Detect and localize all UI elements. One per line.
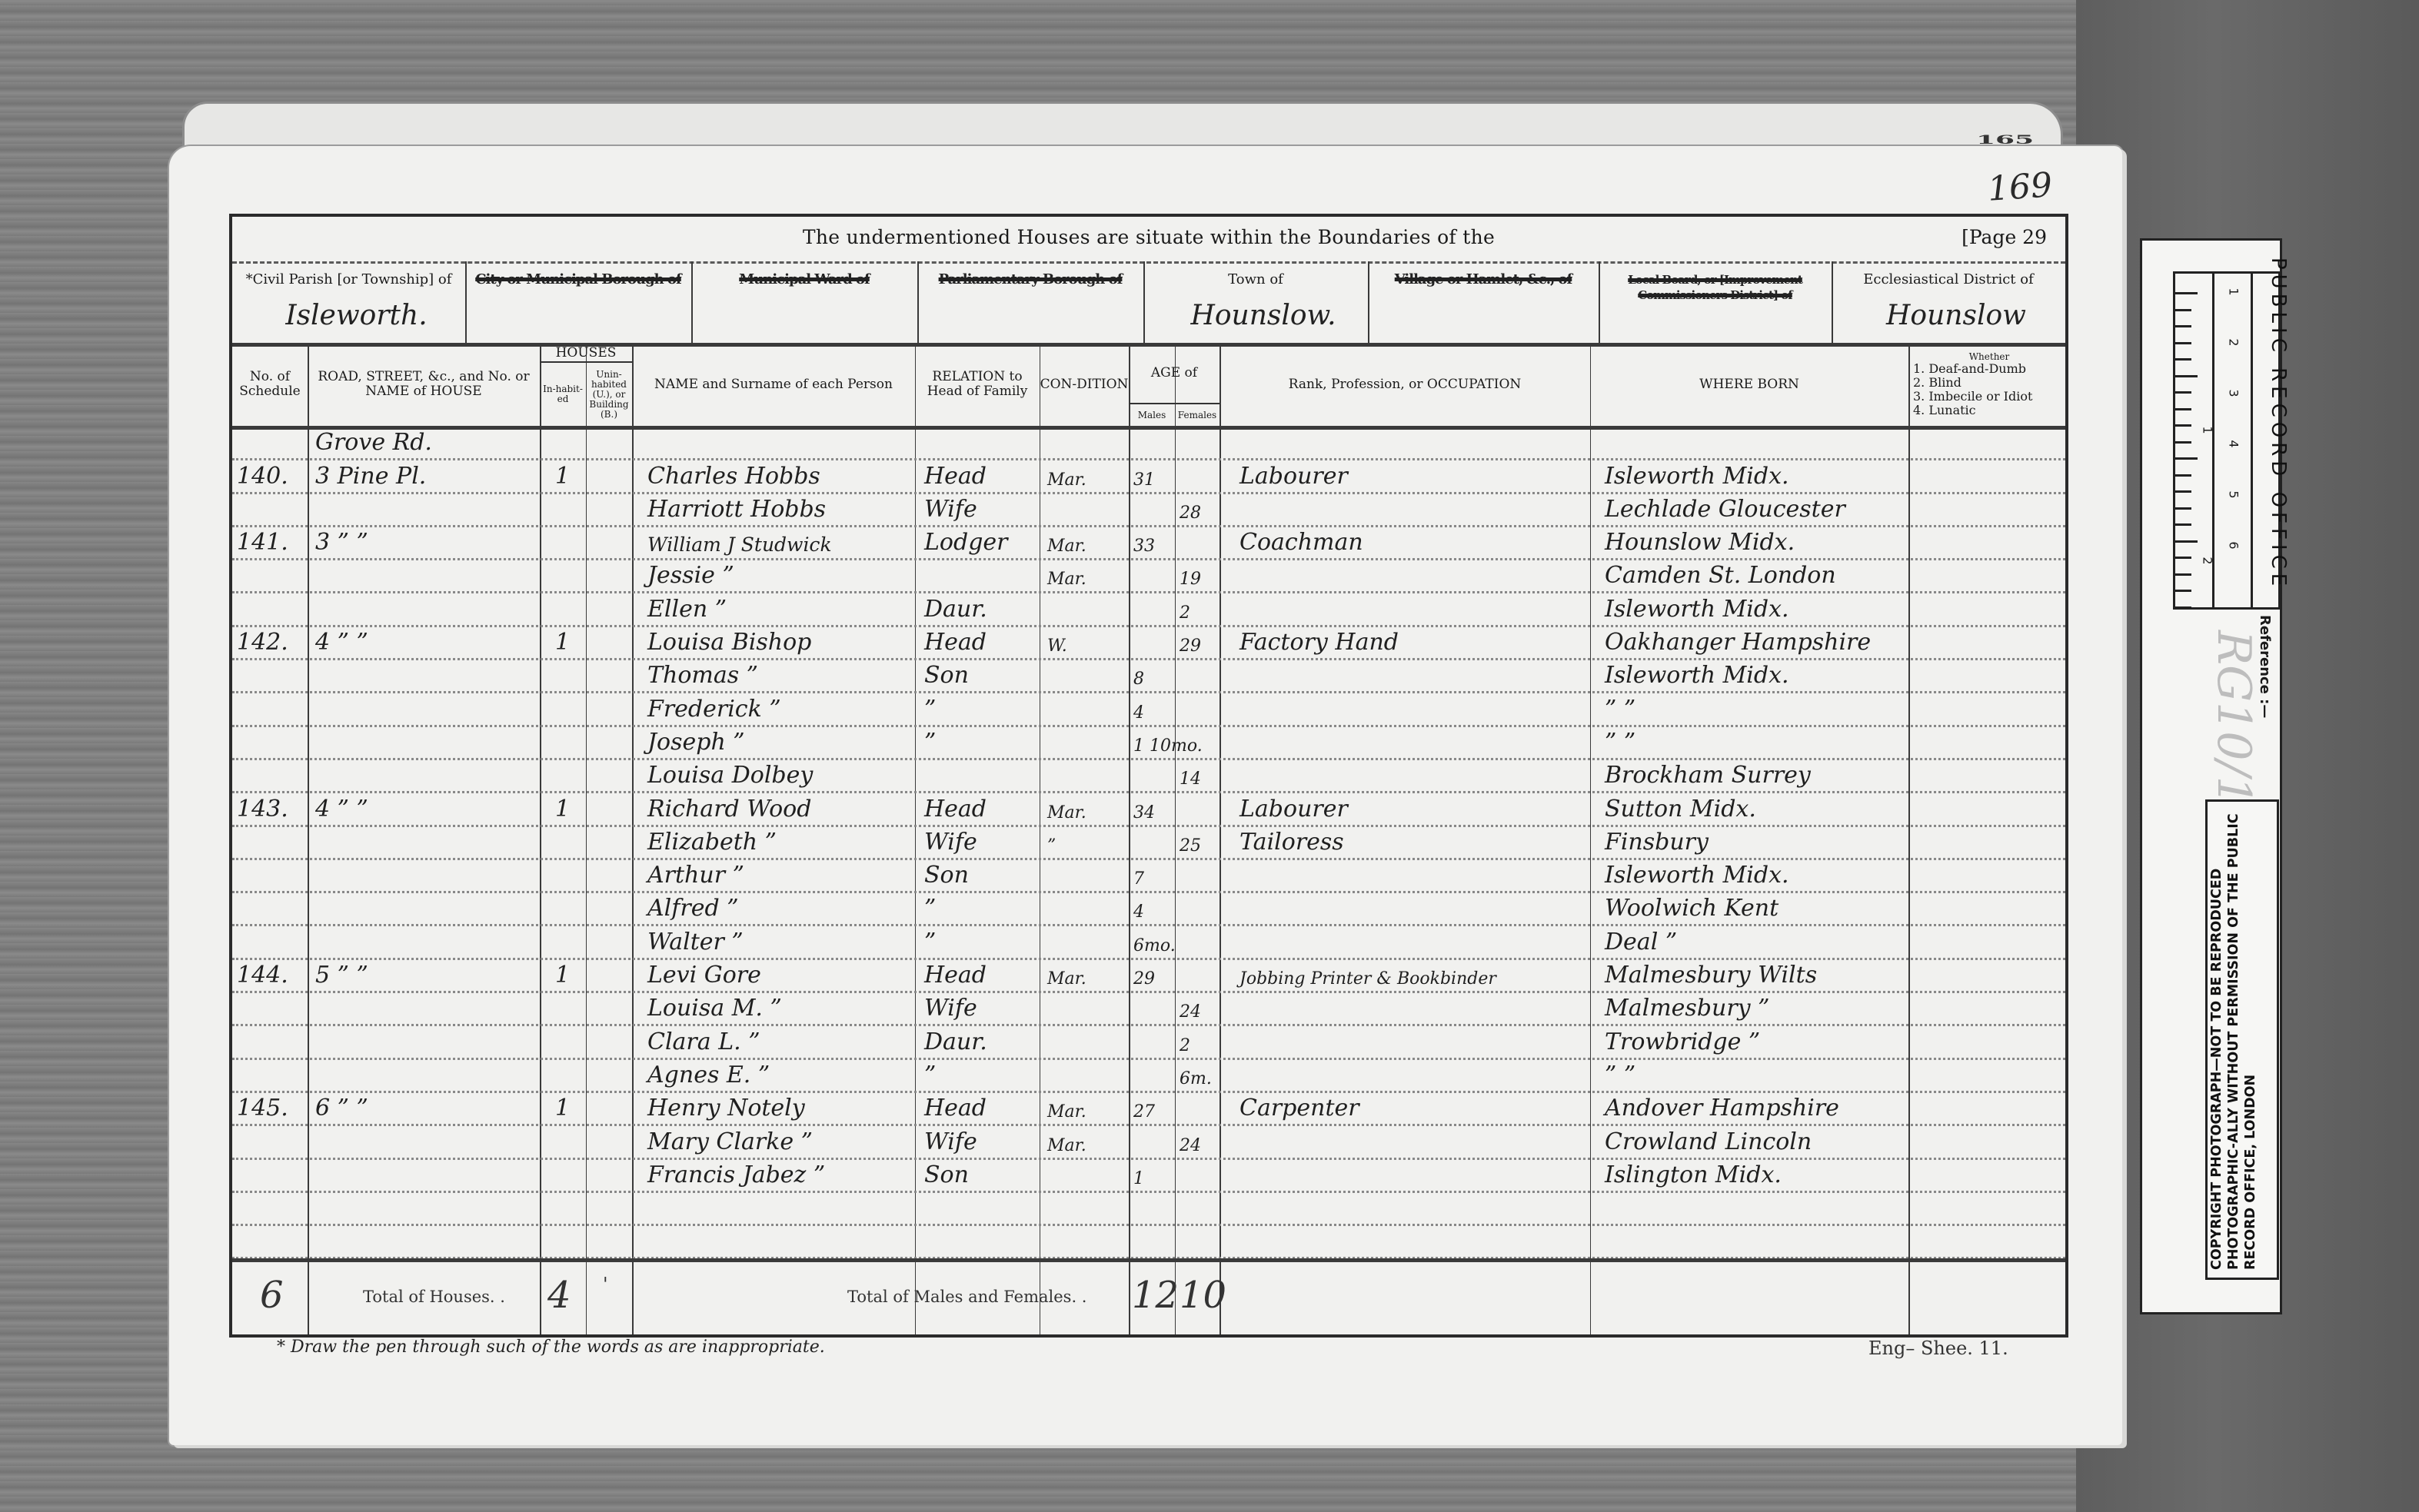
cell-condition: Mar. <box>1047 803 1086 822</box>
cell-condition: Mar. <box>1047 1102 1086 1122</box>
cell-where-born: Brockham Surrey <box>1605 762 1811 789</box>
cell-name: Charles Hobbs <box>647 463 820 490</box>
cell-name: Elizabeth ” <box>647 829 777 856</box>
table-row: Frederick ””4” ” <box>232 692 2065 725</box>
census-form: The undermentioned Houses are situate wi… <box>229 214 2068 1338</box>
cell-male-age: 29 <box>1133 969 1155 989</box>
cell-relation: Wife <box>924 496 977 523</box>
cell-road: Grove Rd. <box>315 429 432 456</box>
total-persons-label: Total of Males and Females. . <box>847 1288 1086 1306</box>
cell-relation: Wife <box>924 829 977 856</box>
cell-schedule: 140. <box>237 463 288 490</box>
cell-road: 6 ” ” <box>315 1095 368 1122</box>
cell-relation: ” <box>924 729 936 756</box>
table-row: 145.6 ” ”1Henry NotelyHeadMar.27Carpente… <box>232 1092 2065 1125</box>
table-row: Harriott HobbsWife28Lechlade Gloucester <box>232 493 2065 526</box>
cell-relation: ” <box>924 895 936 922</box>
cell-female-age: 2 <box>1180 1036 1190 1055</box>
boundary-village-hamlet: Village or Hamlet, &c., of <box>1368 261 1599 343</box>
cell-road: 5 ” ” <box>315 962 368 989</box>
cell-where-born: Isleworth Midx. <box>1605 662 1789 689</box>
cell-inhabited: 1 <box>555 1095 570 1122</box>
cell-occupation: Tailoress <box>1239 829 1344 856</box>
total-females: 10 <box>1180 1274 1226 1317</box>
cell-female-age: 2 <box>1180 603 1190 623</box>
cell-name: Thomas ” <box>647 662 758 689</box>
header-condition: CON-DITION <box>1040 343 1129 426</box>
header-age: AGE of <box>1129 343 1219 403</box>
cell-where-born: Crowland Lincoln <box>1605 1128 1812 1155</box>
ruler-tick <box>2174 523 2191 526</box>
cell-relation: Lodger <box>924 529 1008 556</box>
cell-name: Harriott Hobbs <box>647 496 826 523</box>
ruler-tick <box>2174 507 2191 510</box>
cell-inhabited: 1 <box>555 463 570 490</box>
cell-inhabited: 1 <box>555 796 570 822</box>
cell-schedule: 143. <box>237 796 288 822</box>
cell-relation: ” <box>924 1062 936 1088</box>
boundary-local-board: Local Board, or [Improvement Commissione… <box>1599 261 1832 343</box>
cell-inhabited: 1 <box>555 629 570 656</box>
table-row: Thomas ”Son8Isleworth Midx. <box>232 659 2065 692</box>
cell-where-born: ” ” <box>1605 1062 1635 1088</box>
cell-schedule: 141. <box>237 529 288 556</box>
cell-condition: Mar. <box>1047 537 1086 556</box>
cell-relation: ” <box>924 696 936 723</box>
cell-female-age: 28 <box>1180 503 1201 523</box>
table-row: Walter ””6mo.Deal ” <box>232 925 2065 959</box>
boundaries-row: *Civil Parish [or Township] of Isleworth… <box>232 261 2065 343</box>
cell-name: Louisa M. ” <box>647 995 782 1022</box>
footnote: * Draw the pen through such of the words… <box>277 1338 825 1357</box>
pro-title: PUBLIC RECORD OFFICE <box>2267 258 2290 590</box>
cell-male-age: 1 10mo. <box>1133 736 1203 756</box>
cell-where-born: Isleworth Midx. <box>1605 463 1789 490</box>
cell-female-age: 6m. <box>1180 1069 1212 1088</box>
cell-relation: Daur. <box>924 1028 987 1055</box>
boundary-town: Town of Hounslow. <box>1143 261 1368 343</box>
cell-where-born: ” ” <box>1605 729 1635 756</box>
cell-relation: Son <box>924 662 969 689</box>
ruler-tick <box>2174 424 2191 427</box>
total-houses-uninhabited: ' <box>603 1274 608 1295</box>
cell-name: Joseph ” <box>647 729 745 756</box>
cell-where-born: ” ” <box>1605 696 1635 723</box>
cell-relation: Son <box>924 862 969 889</box>
ruler-number: 2 <box>2227 338 2241 346</box>
folio-printed: 165 <box>1976 132 2034 147</box>
cell-name: Henry Notely <box>647 1095 805 1122</box>
cell-male-age: 31 <box>1133 470 1155 490</box>
ruler-number: 4 <box>2227 440 2241 447</box>
cell-male-age: 34 <box>1133 803 1155 822</box>
cell-schedule: 145. <box>237 1095 288 1122</box>
cell-occupation: Factory Hand <box>1239 629 1399 656</box>
cell-female-age: 24 <box>1180 1136 1201 1155</box>
cell-occupation: Coachman <box>1239 529 1363 556</box>
cell-condition: ” <box>1047 836 1056 856</box>
cell-relation: Head <box>924 1095 987 1122</box>
table-row: 143.4 ” ”1Richard WoodHeadMar.34Labourer… <box>232 792 2065 825</box>
cell-occupation: Labourer <box>1239 463 1348 490</box>
header-uninhabited: Unin-habited (U.), or Building (B.) <box>586 363 632 426</box>
cell-where-born: Hounslow Midx. <box>1605 529 1795 556</box>
cell-where-born: Oakhanger Hampshire <box>1605 629 1871 656</box>
sheet-code: Eng– Shee. 11. <box>1868 1338 2008 1359</box>
copyright-notice: COPYRIGHT PHOTOGRAPH—NOT TO BE REPRODUCE… <box>2208 809 2259 1270</box>
ruler-tick <box>2174 490 2191 493</box>
ruler-number: 3 <box>2227 389 2241 397</box>
cell-male-age: 1 <box>1133 1169 1144 1188</box>
ruler-tick <box>2174 292 2198 294</box>
cell-occupation: Carpenter <box>1239 1095 1359 1122</box>
form-title: The undermentioned Houses are situate wi… <box>232 226 2065 248</box>
cell-female-age: 29 <box>1180 636 1201 656</box>
boundary-value: Hounslow. <box>1166 300 1360 331</box>
boundary-municipal-ward: Municipal Ward of <box>691 261 917 343</box>
header-where-born: WHERE BORN <box>1590 343 1908 426</box>
cell-name: Jessie ” <box>647 562 734 589</box>
cell-relation: Head <box>924 796 987 822</box>
cell-relation: Wife <box>924 995 977 1022</box>
cell-male-age: 7 <box>1133 869 1144 889</box>
header-infirmity: Whether 1. Deaf-and-Dumb 2. Blind 3. Imb… <box>1908 343 2065 426</box>
cell-female-age: 14 <box>1180 769 1201 789</box>
cell-name: Arthur ” <box>647 862 744 889</box>
table-row: Louisa Dolbey14Brockham Surrey <box>232 759 2065 792</box>
boundary-value: Isleworth. <box>255 300 458 331</box>
ruler-tick <box>2174 606 2191 609</box>
total-houses-inhabited: 4 <box>547 1274 571 1317</box>
cell-road: 4 ” ” <box>315 796 368 822</box>
header-males: Males <box>1129 403 1175 426</box>
ruler-tick <box>2174 358 2191 361</box>
cell-occupation: Labourer <box>1239 796 1348 822</box>
boundary-ecclesiastical-district: Ecclesiastical District of Hounslow <box>1832 261 2065 343</box>
header-houses: HOUSES <box>540 343 632 363</box>
table-row: Francis Jabez ”Son1Islington Midx. <box>232 1158 2065 1191</box>
cell-schedule: 142. <box>237 629 288 656</box>
cell-where-born: Camden St. London <box>1605 562 1836 589</box>
table-row: 140.3 Pine Pl.1Charles HobbsHeadMar.31La… <box>232 459 2065 492</box>
ruler-tick <box>2174 325 2191 327</box>
boundary-parliamentary-borough: Parliamentary Borough of <box>917 261 1143 343</box>
ruler-number: 5 <box>2227 490 2241 498</box>
cell-schedule: 144. <box>237 962 288 989</box>
cell-relation: Head <box>924 463 987 490</box>
cell-road: 4 ” ” <box>315 629 368 656</box>
cell-male-age: 33 <box>1133 537 1155 556</box>
table-row: Jessie ”Mar.19Camden St. London <box>232 559 2065 592</box>
cell-name: Louisa Dolbey <box>647 762 813 789</box>
table-row: Louisa M. ”Wife24Malmesbury ” <box>232 992 2065 1025</box>
ruler-number: 1 <box>2227 287 2241 295</box>
cell-female-age: 19 <box>1180 570 1201 589</box>
cell-where-born: Deal ” <box>1605 929 1677 955</box>
cell-road: 3 Pine Pl. <box>315 463 426 490</box>
cell-name: Alfred ” <box>647 895 739 922</box>
table-row: Joseph ””1 10mo.” ” <box>232 726 2065 759</box>
total-houses-label: Total of Houses. . <box>363 1288 505 1306</box>
header-inhabited: In-habit-ed <box>540 363 586 426</box>
cell-name: Agnes E. ” <box>647 1062 770 1088</box>
cell-name: William J Studwick <box>647 533 832 556</box>
ruler-tick <box>2174 375 2198 377</box>
header-females: Females <box>1175 403 1219 426</box>
ruler-tick <box>2174 590 2191 592</box>
table-row: 144.5 ” ”1Levi GoreHeadMar.29Jobbing Pri… <box>232 959 2065 992</box>
cell-female-age: 25 <box>1180 836 1201 856</box>
cell-condition: Mar. <box>1047 570 1086 589</box>
cell-occupation: Jobbing Printer & Bookbinder <box>1239 969 1496 989</box>
cell-name: Ellen ” <box>647 596 727 623</box>
cell-name: Francis Jabez ” <box>647 1161 825 1188</box>
cell-name: Richard Wood <box>647 796 811 822</box>
boundary-municipal-borough: City or Municipal Borough of <box>465 261 691 343</box>
cell-where-born: Lechlade Gloucester <box>1605 496 1845 523</box>
cell-condition: W. <box>1047 636 1067 656</box>
header-schedule: No. of Schedule <box>232 343 308 426</box>
cell-where-born: Finsbury <box>1605 829 1709 856</box>
divider <box>2251 274 2253 607</box>
header-name: NAME and Surname of each Person <box>632 343 915 426</box>
table-row: Agnes E. ””6m.” ” <box>232 1058 2065 1092</box>
cell-male-age: 4 <box>1133 703 1144 723</box>
cell-relation: Son <box>924 1161 969 1188</box>
cell-relation: Head <box>924 962 987 989</box>
cell-name: Frederick ” <box>647 696 781 723</box>
cell-relation: ” <box>924 929 936 955</box>
ruler-tick <box>2174 557 2191 559</box>
cell-where-born: Trowbridge ” <box>1605 1028 1760 1055</box>
table-row <box>232 1225 2065 1258</box>
total-males: 12 <box>1132 1274 1179 1317</box>
table-row: Ellen ”Daur.2Isleworth Midx. <box>232 593 2065 626</box>
ruler-tick <box>2174 309 2191 311</box>
folio-handwritten: 169 <box>1986 165 2053 209</box>
ruler-tick <box>2174 457 2198 460</box>
cell-female-age: 24 <box>1180 1002 1201 1022</box>
cell-name: Mary Clarke ” <box>647 1128 813 1155</box>
cell-inhabited: 1 <box>555 962 570 989</box>
boundary-civil-parish: *Civil Parish [or Township] of Isleworth… <box>232 261 465 343</box>
ruler-tick <box>2174 441 2191 444</box>
total-schedules: 6 <box>260 1274 284 1317</box>
cell-condition: Mar. <box>1047 470 1086 490</box>
cell-relation: Head <box>924 629 987 656</box>
cell-where-born: Woolwich Kent <box>1605 895 1778 922</box>
cell-name: Clara L. ” <box>647 1028 760 1055</box>
header-road: ROAD, STREET, &c., and No. or NAME of HO… <box>308 343 540 426</box>
table-row: 142.4 ” ”1Louisa BishopHeadW.29Factory H… <box>232 626 2065 659</box>
cell-where-born: Sutton Midx. <box>1605 796 1756 822</box>
ruler-tick <box>2174 540 2198 543</box>
cell-male-age: 4 <box>1133 902 1144 922</box>
cell-where-born: Andover Hampshire <box>1605 1095 1839 1122</box>
boundary-value: Hounslow <box>1855 300 2058 331</box>
table-row: 141.3 ” ”William J StudwickLodgerMar.33C… <box>232 526 2065 559</box>
cell-name: Levi Gore <box>647 962 761 989</box>
cell-relation: Wife <box>924 1128 977 1155</box>
cell-relation: Daur. <box>924 596 987 623</box>
table-row: Grove Rd. <box>232 426 2065 459</box>
cell-condition: Mar. <box>1047 1136 1086 1155</box>
ruler-tick <box>2174 408 2191 410</box>
table-row: Arthur ”Son7Isleworth Midx. <box>232 859 2065 892</box>
cell-where-born: Islington Midx. <box>1605 1161 1782 1188</box>
cell-where-born: Isleworth Midx. <box>1605 596 1789 623</box>
cell-name: Walter ” <box>647 929 744 955</box>
ruler-number: 1 <box>2201 426 2215 434</box>
ruler-tick <box>2174 573 2191 576</box>
cell-road: 3 ” ” <box>315 529 368 556</box>
cell-where-born: Isleworth Midx. <box>1605 862 1789 889</box>
cell-where-born: Malmesbury ” <box>1605 995 1769 1022</box>
cell-male-age: 6mo. <box>1133 936 1176 955</box>
ruler-tick <box>2174 391 2191 394</box>
ruler-number: 2 <box>2201 557 2215 564</box>
cell-condition: Mar. <box>1047 969 1086 989</box>
ruler-tick <box>2174 342 2191 344</box>
cell-male-age: 27 <box>1133 1102 1155 1122</box>
cell-male-age: 8 <box>1133 670 1144 689</box>
header-occupation: Rank, Profession, or OCCUPATION <box>1219 343 1590 426</box>
ruler-number: 6 <box>2227 541 2241 549</box>
table-row: Clara L. ”Daur.2Trowbridge ” <box>232 1025 2065 1058</box>
table-row: Alfred ””4Woolwich Kent <box>232 892 2065 925</box>
title-row: The undermentioned Houses are situate wi… <box>232 217 2065 261</box>
page-number: [Page 29 <box>1961 226 2047 248</box>
cell-name: Louisa Bishop <box>647 629 811 656</box>
table-row <box>232 1191 2065 1225</box>
table-row: Elizabeth ”Wife”25TailoressFinsbury <box>232 826 2065 859</box>
totals-row: 6 Total of Houses. . 4 ' Total of Males … <box>232 1258 2065 1341</box>
table-row: Mary Clarke ”WifeMar.24Crowland Lincoln <box>232 1125 2065 1158</box>
header-relation: RELATION to Head of Family <box>915 343 1040 426</box>
ruler-tick <box>2174 474 2191 477</box>
column-headers: No. of Schedule ROAD, STREET, &c., and N… <box>232 343 2065 426</box>
cell-where-born: Malmesbury Wilts <box>1605 962 1817 989</box>
